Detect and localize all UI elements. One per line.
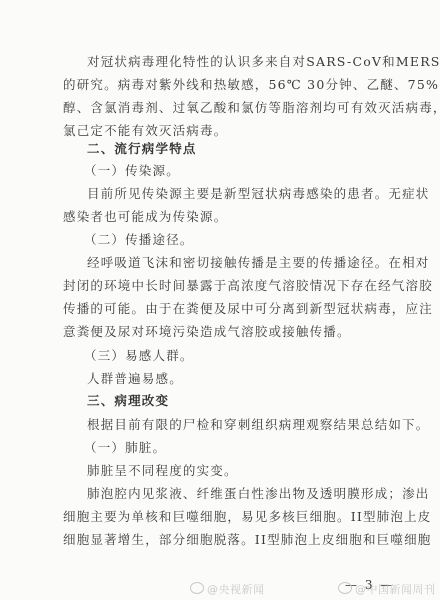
paragraph-line: 肺脏呈不同程度的实变。 — [87, 463, 238, 479]
watermark: @中国新闻周刊 — [338, 581, 436, 597]
section-heading: 三、病理改变 — [87, 393, 169, 409]
paragraph-line: 根据目前有限的尸检和穿刺组织病理观察结果总结如下。 — [87, 417, 430, 433]
paragraph-line: 的研究。病毒对紫外线和热敏感，56℃ 30分钟、乙醚、75%乙 — [63, 77, 440, 93]
paragraph-line: 醇、含氯消毒剂、过氧乙酸和氯仿等脂溶剂均可有效灭活病毒， — [63, 100, 440, 116]
subsection-heading: （二）传播途径。 — [84, 232, 194, 248]
document-page: 对冠状病毒理化特性的认识多来自对SARS-CoV和MERS-CoV 的研究。病毒… — [0, 0, 440, 600]
watermark: @央视新闻 — [190, 581, 265, 597]
paragraph-line: 对冠状病毒理化特性的认识多来自对SARS-CoV和MERS-CoV — [87, 54, 440, 70]
paragraph-line: 氯己定不能有效灭活病毒。 — [63, 123, 227, 139]
paragraph-line: 细胞显著增生，部分细胞脱落。II型肺泡上皮细胞和巨噬细胞 — [63, 532, 431, 548]
section-heading: 二、流行病学特点 — [87, 141, 197, 157]
subsection-heading: （三）易感人群。 — [84, 348, 194, 364]
subsection-heading: （一）肺脏。 — [84, 440, 166, 456]
weibo-logo-icon — [190, 582, 204, 594]
weibo-logo-icon — [338, 582, 352, 594]
paragraph-line: 细胞主要为单核和巨噬细胞，易见多核巨细胞。II型肺泡上皮 — [63, 509, 431, 525]
paragraph-line: 封闭的环境中长时间暴露于高浓度气溶胶情况下存在经气溶胶 — [63, 278, 433, 294]
subsection-heading: （一）传染源。 — [84, 163, 180, 179]
paragraph-line: 人群普遍易感。 — [87, 371, 183, 387]
paragraph-line: 传播的可能。由于在粪便及尿中可分离到新型冠状病毒，应注 — [63, 301, 433, 317]
paragraph-line: 意粪便及尿对环境污染造成气溶胶或接触传播。 — [63, 324, 351, 340]
paragraph-line: 目前所见传染源主要是新型冠状病毒感染的患者。无症状 — [87, 186, 430, 202]
paragraph-line: 经呼吸道飞沫和密切接触传播是主要的传播途径。在相对 — [87, 255, 430, 271]
paragraph-line: 感染者也可能成为传染源。 — [63, 209, 227, 225]
paragraph-line: 肺泡腔内见浆液、纤维蛋白性渗出物及透明膜形成；渗出 — [87, 486, 430, 502]
